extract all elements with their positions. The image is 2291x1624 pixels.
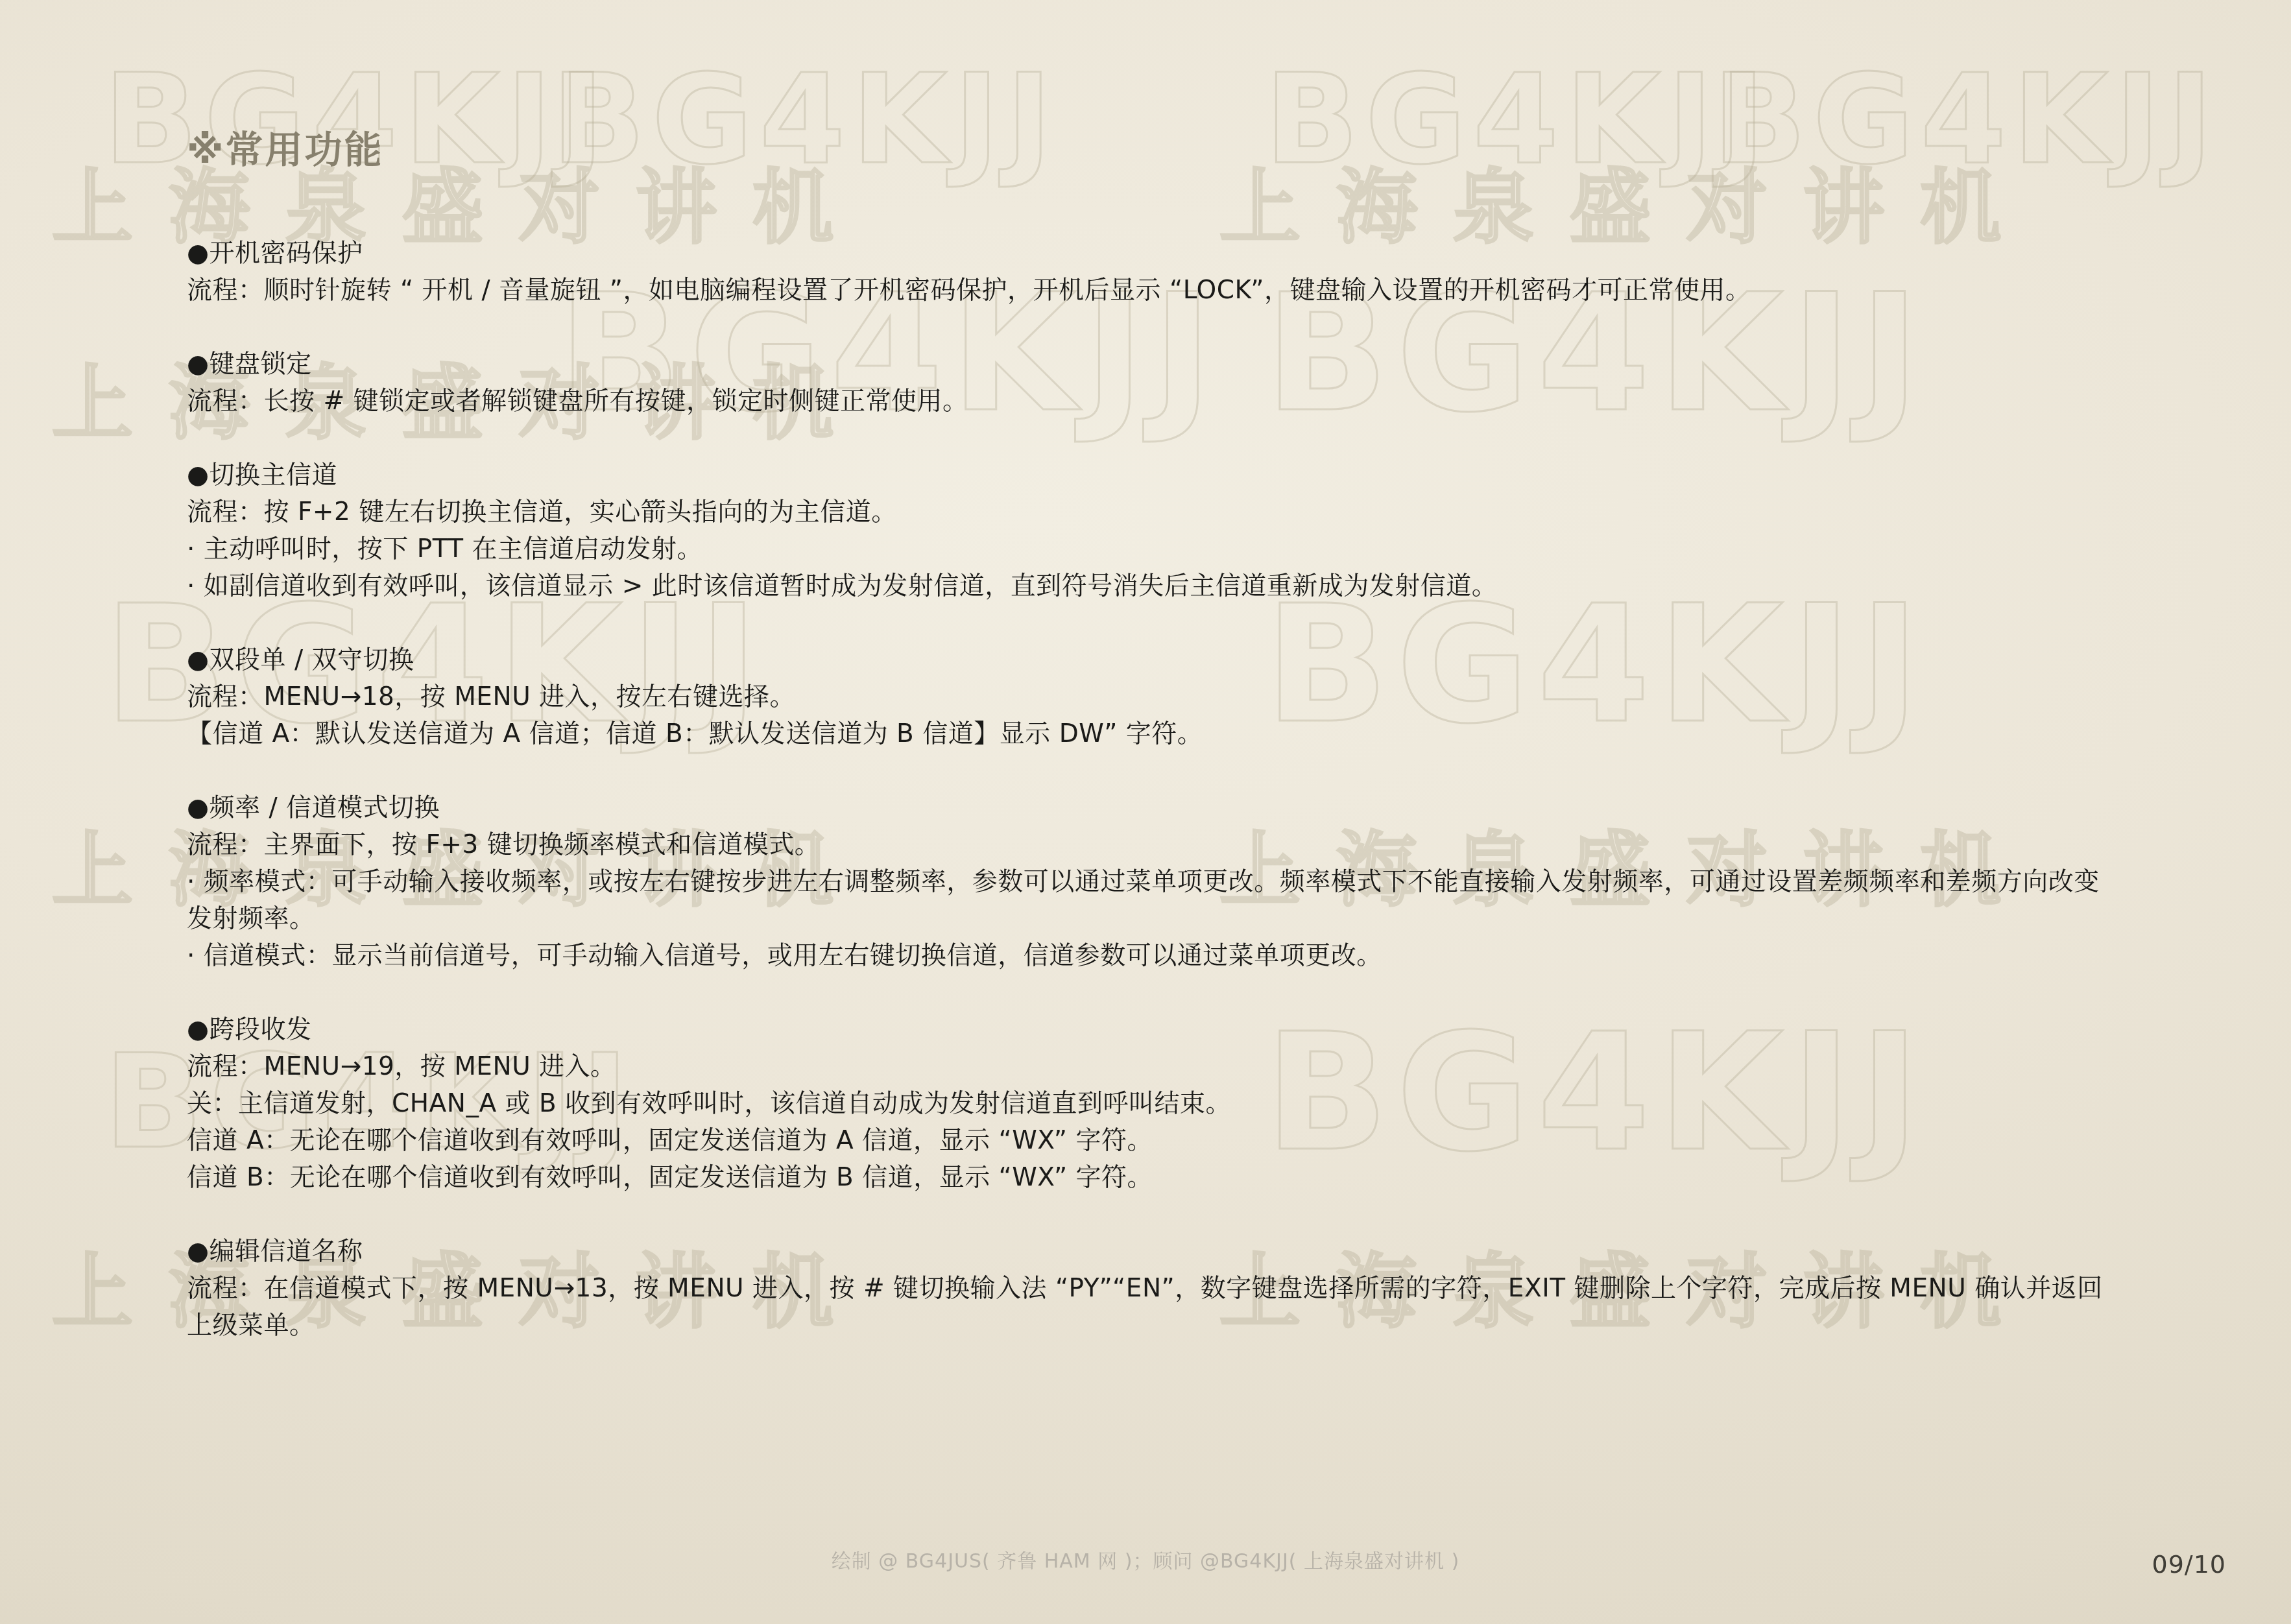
content: ※常用功能 ●开机密码保护流程：顺时针旋转 “ 开机 / 音量旋钮 ”，如电脑编…	[187, 127, 2107, 1381]
page-number: 09/10	[2152, 1550, 2226, 1579]
section-line: · 信道模式：显示当前信道号，可手动输入信道号，或用左右键切换信道，信道参数可以…	[187, 937, 2107, 974]
manual-page: BG4KJJBG4KJJBG4KJJBG4KJJ上海泉盛对讲机上海泉盛对讲机BG…	[0, 0, 2291, 1624]
section-line: 【信道 A：默认发送信道为 A 信道；信道 B：默认发送信道为 B 信道】显示 …	[187, 715, 2107, 752]
section-line: 流程：MENU→19，按 MENU 进入。	[187, 1048, 2107, 1085]
section-line: 信道 A：无论在哪个信道收到有效呼叫，固定发送信道为 A 信道，显示 “WX” …	[187, 1122, 2107, 1159]
manual-section: ●编辑信道名称流程：在信道模式下，按 MENU→13，按 MENU 进入，按 #…	[187, 1233, 2107, 1344]
manual-section: ●键盘锁定流程：长按 # 键锁定或者解锁键盘所有按键，锁定时侧键正常使用。	[187, 346, 2107, 420]
section-line: 流程：顺时针旋转 “ 开机 / 音量旋钮 ”，如电脑编程设置了开机密码保护，开机…	[187, 272, 2107, 309]
section-line: 关：主信道发射，CHAN_A 或 B 收到有效呼叫时，该信道自动成为发射信道直到…	[187, 1085, 2107, 1122]
section-heading: ●跨段收发	[187, 1011, 2107, 1048]
section-line: 流程：按 F+2 键左右切换主信道，实心箭头指向的为主信道。	[187, 494, 2107, 531]
section-heading: ●开机密码保护	[187, 235, 2107, 272]
manual-section: ●切换主信道流程：按 F+2 键左右切换主信道，实心箭头指向的为主信道。· 主动…	[187, 457, 2107, 604]
section-line: 流程：MENU→18，按 MENU 进入，按左右键选择。	[187, 678, 2107, 715]
manual-section: ●双段单 / 双守切换流程：MENU→18，按 MENU 进入，按左右键选择。【…	[187, 641, 2107, 752]
section-line: 流程：主界面下，按 F+3 键切换频率模式和信道模式。	[187, 826, 2107, 863]
section-line: 流程：在信道模式下，按 MENU→13，按 MENU 进入，按 # 键切换输入法…	[187, 1270, 2107, 1344]
section-heading: ●键盘锁定	[187, 346, 2107, 383]
manual-section: ●频率 / 信道模式切换流程：主界面下，按 F+3 键切换频率模式和信道模式。·…	[187, 789, 2107, 974]
section-heading: ●编辑信道名称	[187, 1233, 2107, 1270]
page-title: ※常用功能	[187, 127, 2107, 173]
footer-credit: 绘制 @ BG4JUS( 齐鲁 HAM 网 )；顾问 @BG4KJJ( 上海泉盛…	[0, 1545, 2291, 1573]
section-heading: ●双段单 / 双守切换	[187, 641, 2107, 678]
section-line: 信道 B：无论在哪个信道收到有效呼叫，固定发送信道为 B 信道，显示 “WX” …	[187, 1159, 2107, 1196]
section-heading: ●切换主信道	[187, 457, 2107, 494]
manual-section: ●跨段收发流程：MENU→19，按 MENU 进入。关：主信道发射，CHAN_A…	[187, 1011, 2107, 1196]
section-line: · 如副信道收到有效呼叫，该信道显示 > 此时该信道暂时成为发射信道，直到符号消…	[187, 567, 2107, 604]
section-line: · 频率模式：可手动输入接收频率，或按左右键按步进左右调整频率，参数可以通过菜单…	[187, 863, 2107, 937]
section-line: · 主动呼叫时，按下 PTT 在主信道启动发射。	[187, 531, 2107, 567]
manual-section: ●开机密码保护流程：顺时针旋转 “ 开机 / 音量旋钮 ”，如电脑编程设置了开机…	[187, 235, 2107, 309]
section-heading: ●频率 / 信道模式切换	[187, 789, 2107, 826]
section-line: 流程：长按 # 键锁定或者解锁键盘所有按键，锁定时侧键正常使用。	[187, 383, 2107, 420]
